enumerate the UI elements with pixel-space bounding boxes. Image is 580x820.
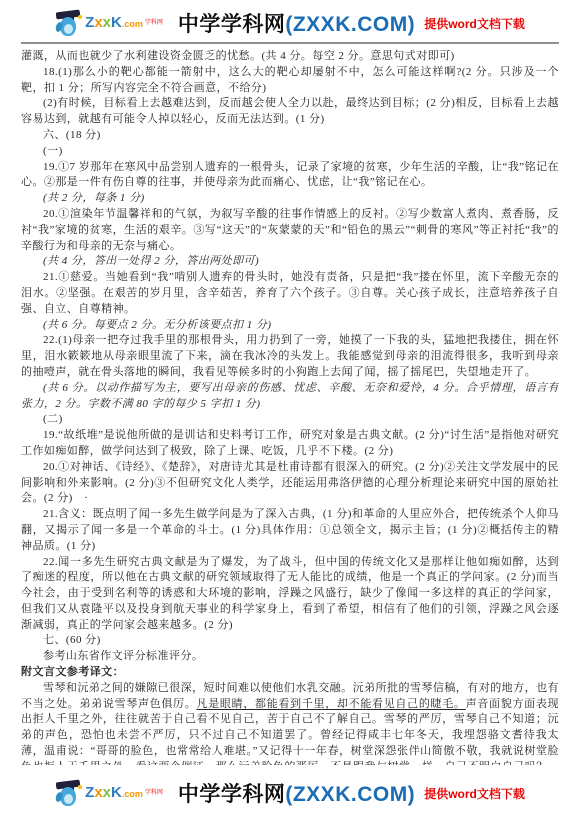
answer-line: 灌溉，从而也就少了水利建设资金匮乏的忧愁。(共 4 分。每空 2 分。意思句式对… bbox=[21, 49, 559, 65]
logo-letter: Z bbox=[85, 785, 94, 800]
logo-letter: x bbox=[94, 785, 102, 800]
logo-letter: .com bbox=[122, 17, 143, 32]
logo-letter: K bbox=[111, 785, 122, 800]
logo-letter: Z bbox=[85, 15, 94, 30]
logo-letter: x bbox=[103, 15, 111, 30]
answer-line: (2)有时候，目标看上去越难达到，反而越会使人全力以赴，最终达到目标；(2 分)… bbox=[21, 96, 559, 128]
answer-line: 21.①慈爱。当她看到“我”啃别人遗弃的骨头时，她没有责备，只是把“我”搂在怀里… bbox=[21, 270, 559, 317]
score-note: (共 4 分，答出一处得 2 分，答出两处即可) bbox=[21, 254, 559, 270]
site-title-cn: 中学学科网 bbox=[178, 783, 286, 806]
answer-line: 19.“故纸堆”是说他所做的是训诂和史料考订工作，研究对象是古典文献。(2 分)… bbox=[21, 428, 559, 460]
site-title-en: (ZXXK.COM) bbox=[285, 783, 415, 806]
document-page: Z x x K .com 学科网 中学学科网(ZXXK.COM) 提供word文… bbox=[0, 0, 580, 820]
download-word-link[interactable]: 提供word文档下载 bbox=[424, 785, 525, 802]
answer-line: 18.(1)那么小的靶心都能一箭射中，这么大的靶心却屡射不中，怎么可能这样啊?(… bbox=[21, 65, 559, 97]
logo-letter: x bbox=[103, 785, 111, 800]
zxxk-logo[interactable]: Z x x K .com 学科网 bbox=[55, 8, 169, 38]
logo-wordmark: Z x x K .com bbox=[85, 15, 143, 32]
logo-wordmark: Z x x K .com bbox=[85, 785, 143, 802]
score-note: (共 2 分，每条 1 分) bbox=[21, 191, 559, 207]
logo-badge-text: 学科网 bbox=[145, 20, 169, 26]
translation-title: 附文言文参考译文： bbox=[21, 665, 559, 681]
translation-paragraph: 雪琴和沅弟之间的嫌隙已很深，短时间难以使他们水乳交融。沅弟所批的雪琴信稿，有对的… bbox=[21, 681, 559, 765]
answer-line: 19.①7 岁那年在寒风中品尝别人遗弃的一根骨头，记录了家境的贫寒，少年生活的辛… bbox=[21, 160, 559, 192]
logo-badge-text: 学科网 bbox=[145, 790, 169, 796]
score-note: (共 6 分。每要点 2 分。无分析该要点扣 1 分) bbox=[21, 318, 559, 334]
site-title: 中学学科网(ZXXK.COM) bbox=[178, 778, 415, 808]
site-title-cn: 中学学科网 bbox=[178, 13, 286, 36]
graduate-mascot-icon bbox=[55, 778, 83, 808]
translation-segment-underlined: 凡是眼睛，都能看到千里，却不能看见自己的睫毛。 bbox=[197, 698, 466, 710]
answer-line: 21.含义：既点明了闻一多先生做学问是为了深入古典，(1 分)和革命的人里应外合… bbox=[21, 507, 559, 554]
subsection-heading: (二) bbox=[21, 412, 559, 428]
logo-letter: K bbox=[111, 15, 122, 30]
section-heading: 六、(18 分) bbox=[21, 128, 559, 144]
download-word-link[interactable]: 提供word文档下载 bbox=[424, 15, 525, 32]
answer-line: 22.(1)母亲一把夺过我手里的那根骨头，用力扔到了一旁，她摸了一下我的头，猛地… bbox=[21, 333, 559, 380]
graduate-mascot-icon bbox=[55, 8, 83, 38]
subsection-heading: (一) bbox=[21, 144, 559, 160]
answer-content: 灌溉，从而也就少了水利建设资金匮乏的忧愁。(共 4 分。每空 2 分。意思句式对… bbox=[21, 49, 559, 765]
answer-line: 20.①对神话、《诗经》、《楚辞》，对唐诗尤其是杜甫诗都有很深入的研究。(2 分… bbox=[21, 460, 559, 507]
logo-letter: .com bbox=[122, 787, 143, 802]
site-title: 中学学科网(ZXXK.COM) bbox=[178, 8, 415, 38]
logo-letter: x bbox=[94, 15, 102, 30]
answer-line: 22.闻一多先生研究古典文献是为了爆发，为了战斗，但中国的传统文化又是那样让他如… bbox=[21, 555, 559, 634]
score-note: (共 6 分。以动作描写为主，要写出母亲的伤感、忧虑、辛酸、无奈和爱怜，4 分。… bbox=[21, 381, 559, 413]
section-heading: 七、(60 分) bbox=[21, 633, 559, 649]
header-divider bbox=[21, 42, 559, 44]
site-header: Z x x K .com 学科网 中学学科网(ZXXK.COM) 提供word文… bbox=[0, 0, 580, 38]
answer-line: 参考山东省作文评分标准评分。 bbox=[21, 649, 559, 665]
answer-line: 20.①渲染年节温馨祥和的气氛，为叙写辛酸的往事作情感上的反衬。②写少数富人煮肉… bbox=[21, 207, 559, 254]
site-title-en: (ZXXK.COM) bbox=[285, 13, 415, 36]
site-footer: Z x x K .com 学科网 中学学科网(ZXXK.COM) 提供word文… bbox=[0, 778, 580, 808]
translation-segment-underlined: 看这两个例证，那么沅弟脸色的严厉，不是跟我与树堂一样，自己不明白自己吗？ bbox=[136, 761, 548, 765]
zxxk-logo[interactable]: Z x x K .com 学科网 bbox=[55, 778, 169, 808]
